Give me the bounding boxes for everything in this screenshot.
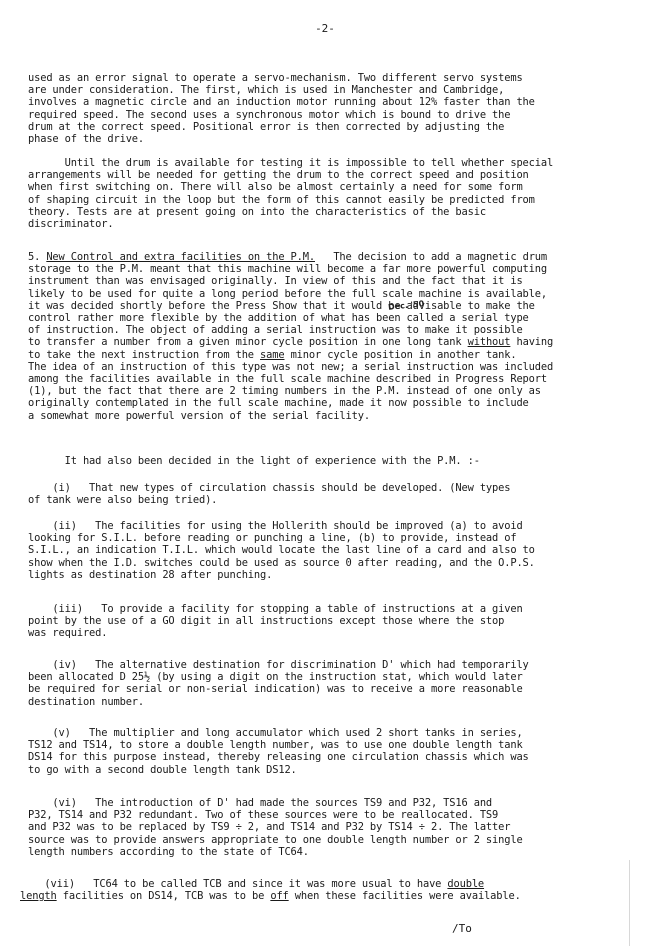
- text-line: point by the use of a GO digit in all in…: [28, 615, 608, 627]
- text-line: storage to the P.M. meant that this mach…: [28, 263, 608, 275]
- text-line: and P32 was to be replaced by TS9 ÷ 2, a…: [28, 821, 608, 833]
- text-line: TS12 and TS14, to store a double length …: [28, 739, 608, 751]
- text-line: length facilities on DS14, TCB was to be…: [20, 890, 600, 902]
- text-line: show when the I.D. switches could be use…: [28, 557, 608, 569]
- section-5: 5. New Control and extra facilities on t…: [28, 251, 608, 422]
- text-line: required speed. The second uses a synchr…: [28, 109, 608, 121]
- list-item-v: (v) The multiplier and long accumulator …: [28, 727, 608, 776]
- text-line: (i) That new types of circulation chassi…: [28, 482, 608, 494]
- text-line: S.I.L., an indication T.I.L. which would…: [28, 544, 608, 556]
- text-run: (vii) TC64 to be called TCB and since it…: [20, 878, 447, 890]
- text-line: when first switching on. There will also…: [28, 181, 608, 193]
- underlined-word: double: [447, 878, 484, 890]
- text-line: instrument than was envisaged originally…: [28, 275, 608, 287]
- list-item-iv: (iv) The alternative destination for dis…: [28, 659, 608, 708]
- text-line: of instruction. The object of adding a s…: [28, 324, 608, 336]
- text-line: to go with a second double length tank D…: [28, 764, 608, 776]
- text-line: (1), but the fact that there are 2 timin…: [28, 385, 608, 397]
- text-line: Until the drum is available for testing …: [28, 157, 608, 169]
- underlined-word: without: [468, 336, 511, 348]
- text-line: length numbers according to the state of…: [28, 846, 608, 858]
- text-line: be required for serial or non-serial ind…: [28, 683, 608, 695]
- text-line: used as an error signal to operate a ser…: [28, 72, 608, 84]
- text-line: originally contemplated in the full scal…: [28, 397, 608, 409]
- text-line: control rather more flexible by the addi…: [28, 312, 608, 324]
- text-line: of shaping circuit in the loop but the f…: [28, 194, 608, 206]
- underlined-word: same: [260, 349, 284, 361]
- text-line: The decision to add a magnetic drum: [333, 251, 547, 263]
- list-item-vi: (vi) The introduction of D' had made the…: [28, 797, 608, 858]
- section-number: 5.: [28, 251, 40, 263]
- text-line: (iii) To provide a facility for stopping…: [28, 603, 608, 615]
- section-heading: New Control and extra facilities on the …: [46, 251, 315, 263]
- list-item-ii: (ii) The facilities for using the Holler…: [28, 520, 608, 581]
- text-line: P32, TS14 and P32 redundant. Two of thes…: [28, 809, 608, 821]
- text-line: (ii) The facilities for using the Holler…: [28, 520, 608, 532]
- text-line: drum at the correct speed. Positional er…: [28, 121, 608, 133]
- text-line: source was to provide answers appropriat…: [28, 834, 608, 846]
- paragraph-servo: used as an error signal to operate a ser…: [28, 72, 608, 145]
- document-page: -2- used as an error signal to operate a…: [0, 0, 650, 946]
- text-line: It had also been decided in the light of…: [28, 455, 608, 467]
- text-line: are under consideration. The first, whic…: [28, 84, 608, 96]
- text-line: discriminator.: [28, 218, 608, 230]
- text-line: The idea of an instruction of this type …: [28, 361, 608, 373]
- text-line: lights as destination 28 after punching.: [28, 569, 608, 581]
- text-line: DS14 for this purpose instead, thereby r…: [28, 751, 608, 763]
- text-line: to take the next instruction from the sa…: [28, 349, 608, 361]
- text-run: facilities on DS14, TCB was to be: [57, 890, 271, 902]
- text-line: arrangements will be needed for getting …: [28, 169, 608, 181]
- text-line: to transfer a number from a given minor …: [28, 336, 608, 348]
- list-item-iii: (iii) To provide a facility for stopping…: [28, 603, 608, 640]
- text-line: it was decided shortly before the Press …: [28, 300, 608, 312]
- text-line: been allocated D 25½ (by using a digit o…: [28, 671, 608, 683]
- text-line: (vii) TC64 to be called TCB and since it…: [20, 878, 600, 890]
- text-line: involves a magnetic circle and an induct…: [28, 96, 608, 108]
- text-line: theory. Tests are at present going on in…: [28, 206, 608, 218]
- text-run: when these facilities were available.: [289, 890, 521, 902]
- text-line: likely to be used for quite a long perio…: [28, 288, 608, 300]
- paragraph-decisions-intro: It had also been decided in the light of…: [28, 455, 608, 467]
- text-line: was required.: [28, 627, 608, 639]
- page-number: -2-: [0, 22, 650, 35]
- underlined-word: length: [20, 890, 57, 902]
- catchword: /To: [452, 922, 472, 935]
- text-line: among the facilities available in the fu…: [28, 373, 608, 385]
- paragraph-drum-testing: Until the drum is available for testing …: [28, 157, 608, 230]
- text-line: phase of the drive.: [28, 133, 608, 145]
- text-line: (vi) The introduction of D' had made the…: [28, 797, 608, 809]
- list-item-i: (i) That new types of circulation chassi…: [28, 482, 608, 506]
- page-edge-line: [629, 860, 630, 946]
- section-heading-line: 5. New Control and extra facilities on t…: [28, 251, 608, 263]
- text-line: a somewhat more powerful version of the …: [28, 410, 608, 422]
- underlined-word: off: [270, 890, 288, 902]
- text-line: looking for S.I.L. before reading or pun…: [28, 532, 608, 544]
- text-line: destination number.: [28, 696, 608, 708]
- text-line: (v) The multiplier and long accumulator …: [28, 727, 608, 739]
- text-line: of tank were also being tried).: [28, 494, 608, 506]
- list-item-vii: (vii) TC64 to be called TCB and since it…: [20, 878, 600, 902]
- text-line: (iv) The alternative destination for dis…: [28, 659, 608, 671]
